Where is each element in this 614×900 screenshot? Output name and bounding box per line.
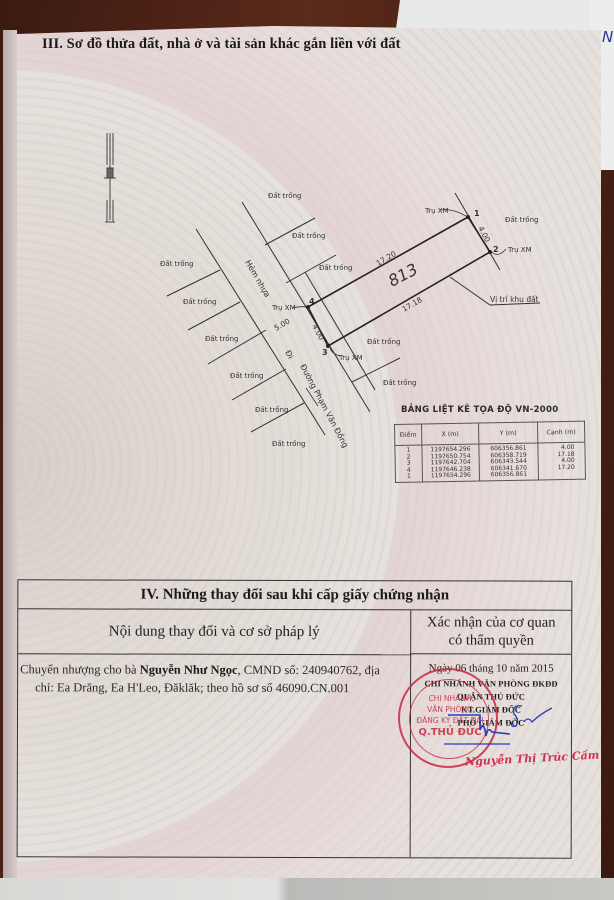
- neighbor-label: Đất trống: [367, 338, 400, 346]
- neighbor-label: Đất trống: [268, 192, 301, 200]
- transferee-name: Nguyễn Như Ngọc: [140, 663, 238, 677]
- corner-marker-label-4: Trụ XM: [271, 304, 296, 312]
- neighbor-label: Đất trống: [160, 260, 193, 268]
- svg-text:3: 3: [322, 348, 328, 357]
- coordinate-table: Điểm X (m) Y (m) Cạnh (m) 11197654.29660…: [394, 421, 586, 483]
- corner-marker-label-3: Trụ XM: [338, 354, 363, 362]
- coord-cell-point: 1: [395, 474, 422, 482]
- neighbor-label: Đất trống: [230, 372, 263, 380]
- neighbor-label: Đất trống: [505, 216, 538, 224]
- road-name-prefix: Đi: [283, 349, 295, 361]
- corner-marker-label-1: Trụ XM: [424, 207, 449, 215]
- corner-marker-label-2: Trụ XM: [507, 246, 532, 254]
- neighbor-label: Đất trống: [383, 379, 416, 387]
- location-label: Vị trí khu đất: [490, 295, 539, 304]
- col-header-x: X (m): [422, 423, 479, 445]
- changes-column-header: Nội dung thay đổi và cơ sở pháp lý: [18, 609, 411, 655]
- col-header-point: Điểm: [395, 424, 422, 445]
- svg-text:2: 2: [493, 245, 499, 254]
- coord-cell-y: 606356.861: [479, 471, 538, 480]
- neighbor-label: Đất trống: [205, 335, 238, 343]
- neighbor-label: Đất trống: [183, 298, 216, 306]
- coord-cell-edge: [538, 471, 585, 480]
- edge-top-length: 17.20: [375, 249, 398, 268]
- svg-text:4: 4: [309, 297, 315, 306]
- section-4-title: IV. Những thay đổi sau khi cấp giấy chứn…: [18, 580, 571, 610]
- neighbor-label: Đất trống: [292, 232, 325, 240]
- road-name: Đường Phạm Văn Đồng: [297, 362, 350, 449]
- alley-edge-left: [196, 229, 325, 435]
- col-header-edge: Cạnh (m): [537, 421, 584, 443]
- north-arrow-icon: [104, 133, 116, 222]
- alley-name: Hẻm nhựa: [242, 258, 272, 299]
- svg-text:1: 1: [474, 209, 480, 218]
- coord-cell-x: 1197654.296: [422, 473, 479, 482]
- neighbor-label: Đất trống: [272, 440, 305, 448]
- neighbor-label: Đất trống: [255, 406, 288, 414]
- col-header-y: Y (m): [478, 422, 537, 444]
- alley-width: 5.00: [273, 316, 292, 332]
- coordinate-table-title: BẢNG LIỆT KÊ TỌA ĐỘ VN-2000: [401, 405, 558, 415]
- neighbor-label: Đất trống: [319, 264, 352, 272]
- change-entry: Chuyển nhượng cho bà Nguyễn Như Ngọc, CM…: [20, 660, 405, 697]
- parcel-number: 813: [385, 259, 421, 290]
- confirmation-column-header: Xác nhận của cơ quan có thẩm quyền: [411, 610, 571, 654]
